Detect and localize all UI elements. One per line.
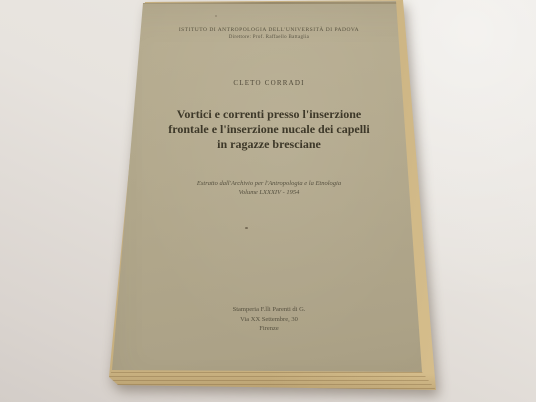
- printer-info: Stamperia F.lli Parenti di G. Via XX Set…: [140, 305, 398, 334]
- title-line-1: Vortici e correnti presso l'inserzione: [140, 107, 398, 122]
- booklet-title: Vortici e correnti presso l'inserzione f…: [140, 107, 398, 152]
- cover-text: ISTITUTO DI ANTROPOLOGIA DELL'UNIVERSITÀ…: [140, 0, 398, 334]
- institute-name: ISTITUTO DI ANTROPOLOGIA DELL'UNIVERSITÀ…: [140, 27, 398, 33]
- printer-line-3: Firenze: [140, 324, 398, 334]
- imprint-line-2: Volume LXXXIV - 1954: [140, 188, 398, 197]
- institute-director: Direttore: Prof. Raffaello Battaglia: [140, 35, 398, 41]
- author-name: CLETO CORRADI: [140, 79, 398, 87]
- title-line-3: in ragazze bresciane: [140, 137, 398, 152]
- book-photo: ISTITUTO DI ANTROPOLOGIA DELL'UNIVERSITÀ…: [0, 0, 536, 402]
- imprint: Estratto dall'Archivio per l'Antropologi…: [140, 179, 398, 197]
- printer-line-2: Via XX Settembre, 30: [140, 315, 398, 325]
- imprint-line-1: Estratto dall'Archivio per l'Antropologi…: [140, 179, 398, 188]
- title-line-2: frontale e l'inserzione nucale dei capel…: [140, 122, 398, 137]
- printer-line-1: Stamperia F.lli Parenti di G.: [140, 305, 398, 315]
- booklet: ISTITUTO DI ANTROPOLOGIA DELL'UNIVERSITÀ…: [100, 0, 460, 402]
